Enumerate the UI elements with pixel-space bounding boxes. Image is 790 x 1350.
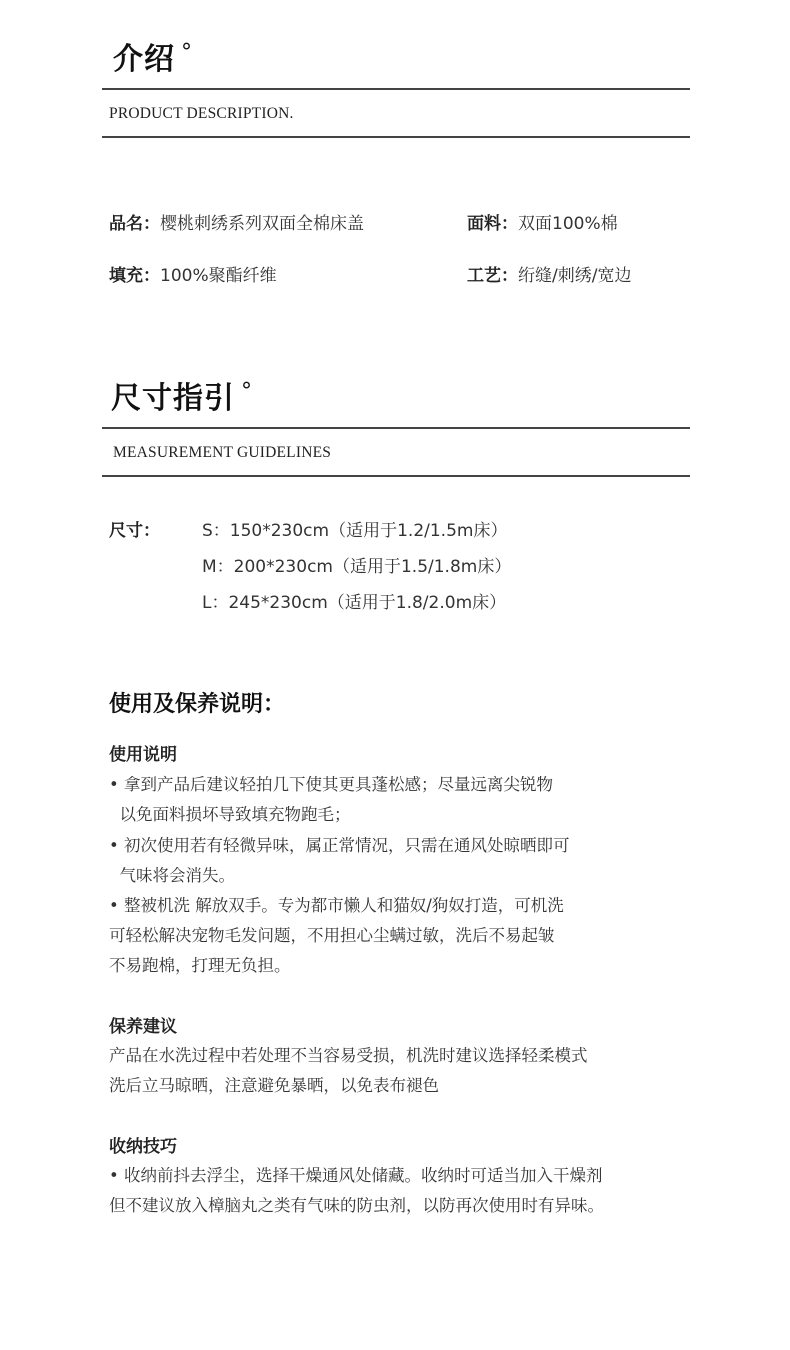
size-label: 尺寸： (109, 516, 160, 541)
spec-label: 填充： (109, 266, 160, 286)
degree-mark: ° (241, 379, 253, 404)
usage-heading: 使用说明 (109, 740, 177, 765)
divider-line (102, 136, 690, 138)
usage-line: 可轻松解决宠物毛发问题，不用担心尘螨过敏，洗后不易起皱 (109, 922, 555, 946)
spec-product-name: 品名：樱桃刺绣系列双面全棉床盖 (109, 209, 364, 234)
spec-fabric: 面料：双面100%棉 (467, 209, 618, 234)
spec-filling: 填充：100%聚酯纤维 (109, 261, 277, 286)
usage-line: • 初次使用若有轻微异味，属正常情况，只需在通风处晾晒即可 (109, 832, 569, 856)
spec-value: 樱桃刺绣系列双面全棉床盖 (160, 214, 364, 234)
maintenance-heading: 保养建议 (109, 1012, 177, 1037)
usage-line: • 整被机洗 解放双手。专为都市懒人和猫奴/狗奴打造，可机洗 (109, 892, 564, 916)
sizes-subtitle: MEASUREMENT GUIDELINES (113, 444, 331, 462)
usage-line: 以免面料损坏导致填充物跑毛； (109, 801, 351, 825)
spec-label: 品名： (109, 214, 160, 234)
divider-line (102, 475, 690, 477)
spec-value: 绗缝/刺绣/宽边 (518, 266, 631, 286)
intro-title: 介绍° (113, 34, 193, 78)
degree-mark: ° (181, 40, 193, 65)
divider-line (102, 427, 690, 429)
size-row-l: L：245*230cm（适用于1.8/2.0m床） (202, 588, 506, 613)
divider-line (102, 88, 690, 90)
sizes-title: 尺寸指引° (111, 373, 253, 417)
intro-subtitle: PRODUCT DESCRIPTION. (109, 105, 294, 123)
spec-craft: 工艺：绗缝/刺绣/宽边 (467, 261, 631, 286)
spec-label: 面料： (467, 214, 518, 234)
spec-value: 100%聚酯纤维 (160, 266, 277, 286)
care-title: 使用及保养说明： (109, 687, 285, 718)
storage-line: • 收纳前抖去浮尘，选择干燥通风处储藏。收纳时可适当加入干燥剂 (109, 1162, 602, 1186)
size-row-s: S：150*230cm（适用于1.2/1.5m床） (202, 516, 507, 541)
spec-label: 工艺： (467, 266, 518, 286)
intro-title-text: 介绍 (113, 42, 175, 77)
usage-line: 不易跑棉，打理无负担。 (109, 952, 291, 976)
size-row-m: M：200*230cm（适用于1.5/1.8m床） (202, 552, 511, 577)
usage-line: 气味将会消失。 (109, 862, 235, 886)
sizes-title-text: 尺寸指引 (111, 381, 235, 416)
storage-line: 但不建议放入樟脑丸之类有气味的防虫剂，以防再次使用时有异味。 (109, 1192, 604, 1216)
storage-heading: 收纳技巧 (109, 1132, 177, 1157)
maintenance-line: 洗后立马晾晒，注意避免暴晒，以免表布褪色 (109, 1072, 439, 1096)
usage-line: • 拿到产品后建议轻拍几下使其更具蓬松感；尽量远离尖锐物 (109, 771, 553, 795)
maintenance-line: 产品在水洗过程中若处理不当容易受损，机洗时建议选择轻柔模式 (109, 1042, 588, 1066)
spec-value: 双面100%棉 (518, 214, 618, 234)
